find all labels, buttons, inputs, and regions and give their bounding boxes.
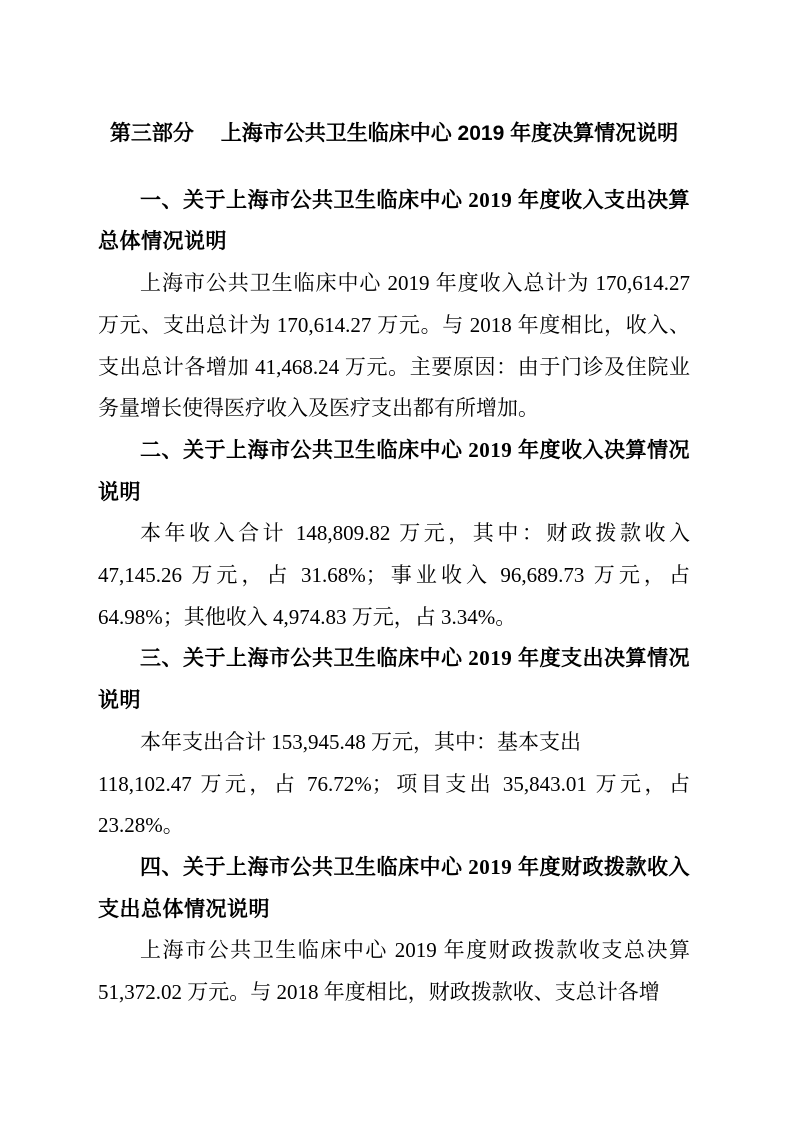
section-3-paragraph: 本年支出合计 153,945.48 万元，其中：基本支出 118,102.47 … (98, 722, 690, 847)
document-page: 第三部分 上海市公共卫生临床中心 2019 年度决算情况说明 一、关于上海市公共… (0, 0, 800, 1131)
section-2-heading: 二、关于上海市公共卫生临床中心 2019 年度收入决算情况说明 (98, 430, 690, 513)
section-4-heading: 四、关于上海市公共卫生临床中心 2019 年度财政拨款收入支出总体情况说明 (98, 847, 690, 930)
section-fiscal-appropriation-overview: 四、关于上海市公共卫生临床中心 2019 年度财政拨款收入支出总体情况说明 上海… (98, 847, 690, 1014)
section-expenditure-details: 三、关于上海市公共卫生临床中心 2019 年度支出决算情况说明 本年支出合计 1… (98, 638, 690, 847)
section-income-details: 二、关于上海市公共卫生临床中心 2019 年度收入决算情况说明 本年收入合计 1… (98, 430, 690, 639)
section-2-paragraph: 本年收入合计 148,809.82 万元，其中：财政拨款收入 47,145.26… (98, 513, 690, 638)
section-1-paragraph: 上海市公共卫生临床中心 2019 年度收入总计为 170,614.27 万元、支… (98, 263, 690, 430)
section-1-heading: 一、关于上海市公共卫生临床中心 2019 年度收入支出决算总体情况说明 (98, 180, 690, 263)
section-3-heading: 三、关于上海市公共卫生临床中心 2019 年度支出决算情况说明 (98, 638, 690, 721)
section-4-paragraph: 上海市公共卫生临床中心 2019 年度财政拨款收支总决算 51,372.02 万… (98, 930, 690, 1013)
section-income-expenditure-overview: 一、关于上海市公共卫生临床中心 2019 年度收入支出决算总体情况说明 上海市公… (98, 180, 690, 430)
page-title: 第三部分 上海市公共卫生临床中心 2019 年度决算情况说明 (98, 113, 690, 155)
